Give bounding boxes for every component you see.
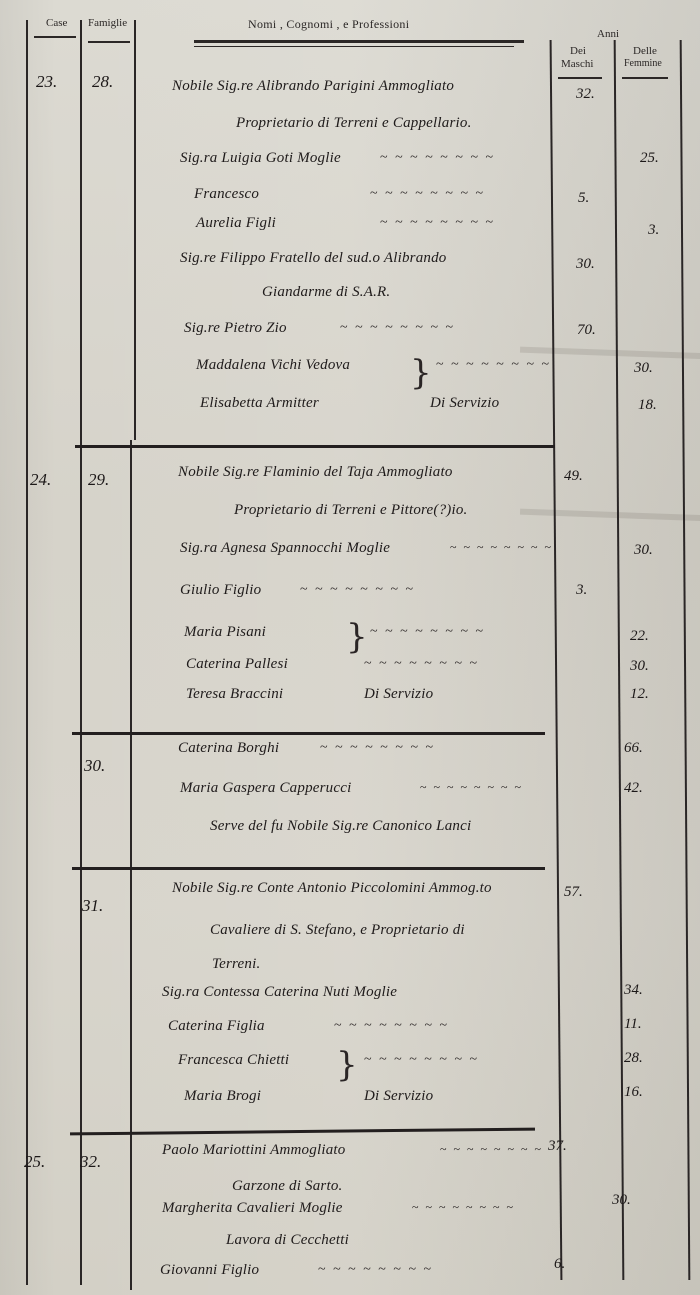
filler-tilde: ~ ~ ~ ~ ~ ~ ~ ~ — [450, 540, 553, 555]
header-maschi-2: Maschi — [561, 58, 593, 70]
header-femmine-1: Delle — [633, 45, 657, 57]
filler-tilde: ~ ~ ~ ~ ~ ~ ~ ~ — [380, 150, 495, 166]
age-maschi: 49. — [564, 468, 583, 485]
entry-text: Elisabetta Armitter — [200, 395, 319, 412]
entry-text: Margherita Cavalieri Moglie — [162, 1200, 343, 1217]
entry-text: Maria Gaspera Capperucci — [180, 780, 351, 797]
household-divider — [72, 867, 545, 870]
entry-text: Caterina Pallesi — [186, 656, 288, 673]
filler-tilde: ~ ~ ~ ~ ~ ~ ~ ~ — [380, 215, 495, 231]
paper-stain — [520, 509, 700, 522]
age-maschi: 70. — [577, 322, 596, 339]
entry-text: Proprietario di Terreni e Cappellario. — [236, 115, 472, 132]
entry-text: Nobile Sig.re Alibrando Parigini Ammogli… — [172, 78, 454, 95]
entry-text: Sig.ra Agnesa Spannocchi Moglie — [180, 540, 390, 557]
filler-tilde: ~ ~ ~ ~ ~ ~ ~ ~ — [364, 1052, 479, 1068]
age-maschi: 32. — [576, 86, 595, 103]
filler-tilde: ~ ~ ~ ~ ~ ~ ~ ~ — [370, 624, 485, 640]
household-divider — [75, 445, 555, 448]
entry-text: Terreni. — [212, 956, 260, 973]
famiglia-number: 30. — [84, 756, 105, 776]
column-rule — [550, 40, 563, 1280]
filler-tilde: ~ ~ ~ ~ ~ ~ ~ ~ — [318, 1262, 433, 1278]
age-femmine: 16. — [624, 1084, 643, 1101]
header-names: Nomi , Cognomi , e Professioni — [248, 17, 409, 32]
entry-text: Francesco — [194, 186, 259, 203]
entry-text: Sig.ra Contessa Caterina Nuti Moglie — [162, 984, 397, 1001]
age-maschi: 5. — [578, 190, 589, 207]
header-underline — [88, 41, 130, 43]
household-divider — [70, 1128, 535, 1136]
header-femmine-2: Femmine — [624, 58, 662, 69]
age-maschi: 37. — [548, 1138, 567, 1155]
entry-text: Caterina Figlia — [168, 1018, 265, 1035]
servizio-label: Di Servizio — [430, 395, 499, 412]
filler-tilde: ~ ~ ~ ~ ~ ~ ~ ~ — [320, 740, 435, 756]
famiglia-number: 32. — [80, 1152, 101, 1172]
header-underline — [194, 40, 524, 43]
age-maschi: 6. — [554, 1256, 565, 1273]
brace-bracket: } — [336, 1048, 358, 1082]
age-femmine: 30. — [634, 360, 653, 377]
entry-text: Giovanni Figlio — [160, 1262, 259, 1279]
filler-tilde: ~ ~ ~ ~ ~ ~ ~ ~ — [334, 1018, 449, 1034]
filler-tilde: ~ ~ ~ ~ ~ ~ ~ ~ — [412, 1200, 515, 1215]
age-femmine: 30. — [634, 542, 653, 559]
entry-text: Proprietario di Terreni e Pittore(?)io. — [234, 502, 467, 519]
entry-text: Sig.re Pietro Zio — [184, 320, 287, 337]
filler-tilde: ~ ~ ~ ~ ~ ~ ~ ~ — [370, 186, 485, 202]
age-femmine: 3. — [648, 222, 659, 239]
casa-number: 25. — [24, 1152, 45, 1172]
header-underline — [194, 46, 514, 47]
brace-bracket: } — [346, 620, 368, 654]
column-rule — [134, 20, 136, 440]
famiglia-number: 29. — [88, 470, 109, 490]
header-case: Case — [46, 17, 67, 29]
entry-text: Aurelia Figli — [196, 215, 276, 232]
age-femmine: 11. — [624, 1016, 642, 1033]
filler-tilde: ~ ~ ~ ~ ~ ~ ~ ~ — [436, 357, 551, 373]
entry-text: Giandarme di S.A.R. — [262, 284, 390, 301]
brace-bracket: } — [410, 356, 432, 390]
entry-text: Cavaliere di S. Stefano, e Proprietario … — [210, 922, 465, 939]
entry-text: Maria Pisani — [184, 624, 266, 641]
entry-text: Caterina Borghi — [178, 740, 279, 757]
filler-tilde: ~ ~ ~ ~ ~ ~ ~ ~ — [364, 656, 479, 672]
entry-text: Teresa Braccini — [186, 686, 283, 703]
column-rule — [130, 440, 132, 1290]
age-femmine: 25. — [640, 150, 659, 167]
famiglia-number: 28. — [92, 72, 113, 92]
entry-text: Francesca Chietti — [178, 1052, 289, 1069]
famiglia-number: 31. — [82, 896, 103, 916]
age-femmine: 12. — [630, 686, 649, 703]
age-femmine: 66. — [624, 740, 643, 757]
entry-text: Sig.ra Luigia Goti Moglie — [180, 150, 341, 167]
header-underline — [34, 36, 76, 38]
header-maschi-1: Dei — [570, 45, 586, 57]
age-femmine: 42. — [624, 780, 643, 797]
entry-text: Sig.re Filippo Fratello del sud.o Alibra… — [180, 250, 447, 267]
column-rule — [614, 40, 625, 1280]
entry-text: Lavora di Cecchetti — [226, 1232, 349, 1249]
column-rule — [680, 40, 691, 1280]
header-anni: Anni — [597, 28, 619, 40]
filler-tilde: ~ ~ ~ ~ ~ ~ ~ ~ — [340, 320, 455, 336]
entry-text: Nobile Sig.re Flaminio del Taja Ammoglia… — [178, 464, 453, 481]
age-femmine: 30. — [630, 658, 649, 675]
age-maschi: 57. — [564, 884, 583, 901]
entry-text: Giulio Figlio — [180, 582, 261, 599]
age-femmine: 18. — [638, 397, 657, 414]
column-rule — [80, 20, 82, 1285]
age-femmine: 30. — [612, 1192, 631, 1209]
entry-text: Garzone di Sarto. — [232, 1178, 343, 1195]
filler-tilde: ~ ~ ~ ~ ~ ~ ~ ~ — [300, 582, 415, 598]
age-femmine: 28. — [624, 1050, 643, 1067]
entry-text: Maria Brogi — [184, 1088, 261, 1105]
entry-text: Maddalena Vichi Vedova — [196, 357, 350, 374]
filler-tilde: ~ ~ ~ ~ ~ ~ ~ ~ — [440, 1142, 543, 1157]
servizio-label: Di Servizio — [364, 686, 433, 703]
household-divider — [72, 732, 545, 735]
age-femmine: 22. — [630, 628, 649, 645]
age-maschi: 3. — [576, 582, 587, 599]
casa-number: 23. — [36, 72, 57, 92]
entry-text: Nobile Sig.re Conte Antonio Piccolomini … — [172, 880, 492, 897]
age-maschi: 30. — [576, 256, 595, 273]
header-famiglie: Famiglie — [88, 17, 127, 29]
header-underline — [558, 77, 602, 79]
age-femmine: 34. — [624, 982, 643, 999]
entry-text: Paolo Mariottini Ammogliato — [162, 1142, 345, 1159]
filler-tilde: ~ ~ ~ ~ ~ ~ ~ ~ — [420, 780, 523, 795]
casa-number: 24. — [30, 470, 51, 490]
census-register-page: Case Famiglie Nomi , Cognomi , e Profess… — [0, 0, 700, 1295]
column-rule — [26, 20, 28, 1285]
servizio-label: Di Servizio — [364, 1088, 433, 1105]
header-underline — [622, 77, 668, 79]
entry-text: Serve del fu Nobile Sig.re Canonico Lanc… — [210, 818, 471, 835]
